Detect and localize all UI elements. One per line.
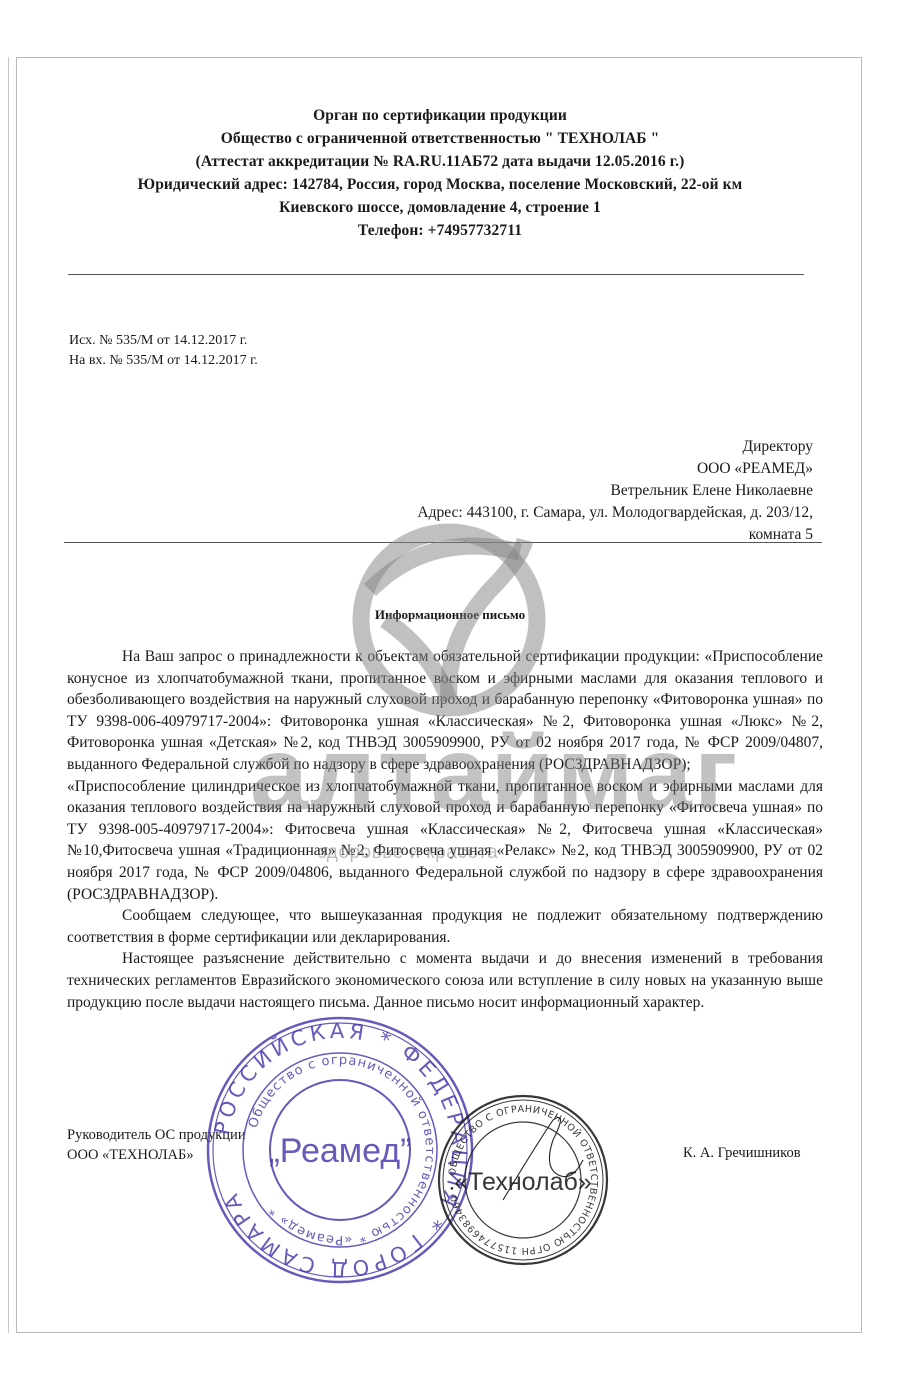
body-paragraph: На Ваш запрос о принадлежности к объекта… [67, 646, 823, 776]
letterhead: Орган по сертификации продукции Общество… [60, 104, 820, 242]
addressee-block: Директору ООО «РЕАМЕД» Ветрельник Елене … [417, 436, 813, 546]
letterhead-line: (Аттестат аккредитации № RA.RU.11АБ72 да… [60, 150, 820, 173]
addressee-position: Директору [417, 436, 813, 458]
letterhead-line: Юридический адрес: 142784, Россия, город… [60, 173, 820, 196]
header-divider [68, 274, 804, 275]
letterhead-line: Орган по сертификации продукции [60, 104, 820, 127]
addressee-name: Ветрельник Елене Николаевне [417, 480, 813, 502]
letterhead-line: Телефон: +74957732711 [60, 219, 820, 242]
signatory-org-line: ООО «ТЕХНОЛАБ» [67, 1145, 246, 1165]
outgoing-ref: Исх. № 535/М от 14.12.2017 г. [69, 331, 258, 351]
addressee-company: ООО «РЕАМЕД» [417, 458, 813, 480]
letter-body: На Ваш запрос о принадлежности к объекта… [67, 646, 823, 1013]
incoming-ref: На вх. № 535/М от 14.12.2017 г. [69, 351, 258, 371]
signatory-role-line: Руководитель ОС продукции [67, 1125, 246, 1145]
letter-title: Информационное письмо [0, 607, 900, 623]
body-paragraph: Сообщаем следующее, что вышеуказанная пр… [67, 905, 823, 948]
signatory-name: К. А. Гречишников [683, 1145, 801, 1162]
body-paragraph: «Приспособление цилиндрическое из хлопча… [67, 776, 823, 906]
addressee-address: Адрес: 443100, г. Самара, ул. Молодогвар… [417, 502, 813, 524]
reference-numbers: Исх. № 535/М от 14.12.2017 г. На вх. № 5… [69, 331, 258, 371]
addressee-divider [64, 542, 822, 543]
scan-edge [8, 57, 9, 1333]
letterhead-line: Киевского шоссе, домовладение 4, строени… [60, 196, 820, 219]
body-paragraph: Настоящее разъяснение действительно с мо… [67, 948, 823, 1013]
letterhead-line: Общество с ограниченной ответственностью… [60, 127, 820, 150]
signatory-role: Руководитель ОС продукции ООО «ТЕХНОЛАБ» [67, 1125, 246, 1165]
